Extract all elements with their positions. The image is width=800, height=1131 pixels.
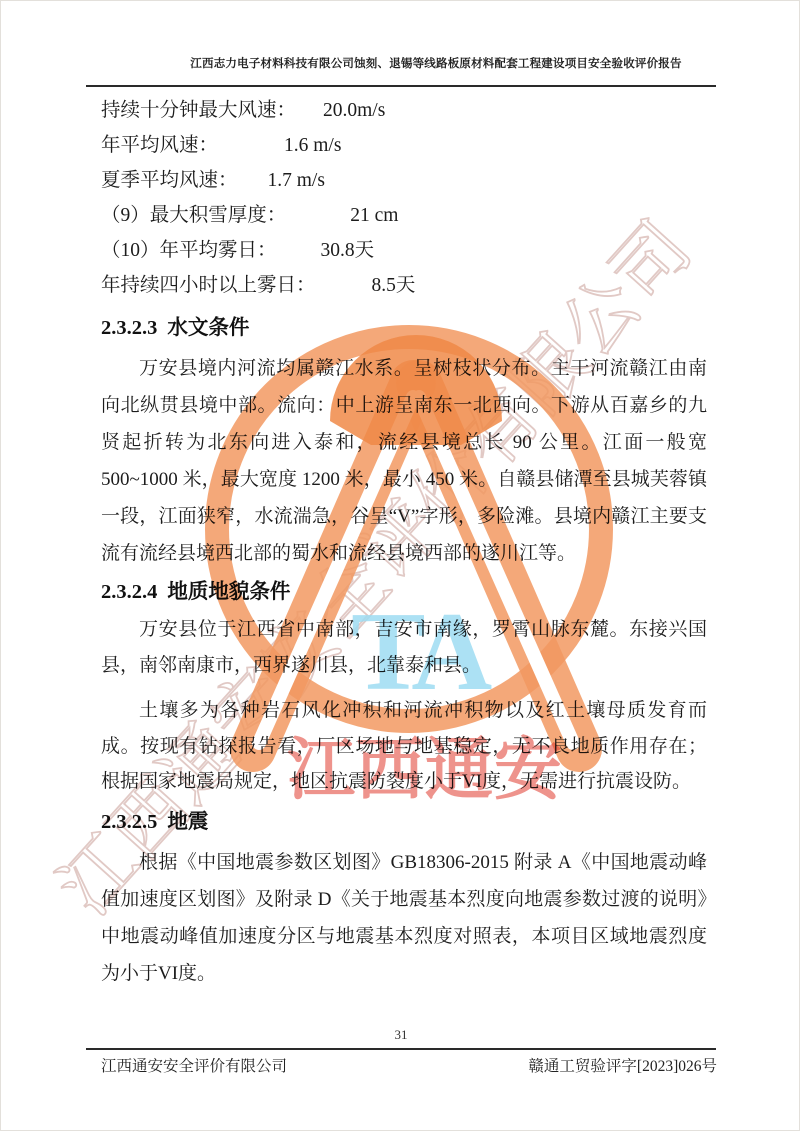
- footer-doc-number: 赣通工贸验评字[2023]026号: [528, 1054, 717, 1076]
- footer-rule: [86, 1048, 716, 1050]
- climate-line: 持续十分钟最大风速： 20.0m/s: [101, 93, 707, 128]
- climate-value: 1.7 m/s: [268, 162, 325, 199]
- climate-value: 8.5天: [372, 267, 416, 304]
- section-number: 2.3.2.3: [101, 317, 157, 339]
- climate-label: 持续十分钟最大风速：: [101, 92, 296, 129]
- climate-label: （10）年平均雾日：: [101, 232, 277, 269]
- section-title: 水文条件: [167, 317, 249, 339]
- climate-line: （10）年平均雾日： 30.8天: [101, 233, 707, 268]
- footer-company: 江西通安安全评价有限公司: [101, 1054, 287, 1076]
- climate-label: 夏季平均风速：: [101, 162, 238, 199]
- paragraph-earthquake: 根据《中国地震参数区划图》GB18306-2015 附录 A《中国地震动峰值加速…: [101, 844, 707, 992]
- header-rule: [86, 85, 716, 87]
- page-number: 31: [1, 1027, 800, 1043]
- climate-line: 年持续四小时以上雾日： 8.5天: [101, 268, 707, 303]
- climate-line: 年平均风速： 1.6 m/s: [101, 128, 707, 163]
- section-title: 地震: [167, 811, 208, 833]
- page-content: 持续十分钟最大风速： 20.0m/s 年平均风速： 1.6 m/s 夏季平均风速…: [101, 93, 707, 992]
- climate-label: （9）最大积雪厚度：: [101, 197, 286, 234]
- page-footer: 江西通安安全评价有限公司 赣通工贸验评字[2023]026号: [101, 1054, 717, 1076]
- climate-value: 30.8天: [321, 232, 375, 269]
- section-number: 2.3.2.4: [101, 581, 157, 603]
- climate-value: 21 cm: [350, 197, 398, 234]
- paragraph-geology-soil: 土壤多为各种岩石风化冲积和河流冲积物以及红土壤母质发育而成。按现有钻探报告看，厂…: [101, 693, 707, 800]
- climate-label: 年平均风速：: [101, 127, 218, 164]
- climate-line: 夏季平均风速： 1.7 m/s: [101, 163, 707, 198]
- paragraph-hydrology: 万安县境内河流均属赣江水系。呈树枝状分布。主干河流赣江由南向北纵贯县境中部。流向…: [101, 350, 707, 572]
- climate-value: 1.6 m/s: [284, 127, 341, 164]
- paragraph-geology-location: 万安县位于江西省中南部，吉安市南缘，罗霄山脉东麓。东接兴国县，南邻南康市，西界遂…: [101, 612, 707, 683]
- section-number: 2.3.2.5: [101, 811, 157, 833]
- section-heading-earthquake: 2.3.2.5地震: [101, 806, 707, 838]
- climate-label: 年持续四小时以上雾日：: [101, 267, 316, 304]
- climate-value: 20.0m/s: [323, 92, 385, 129]
- page-header-title: 江西志力电子材料科技有限公司蚀刻、退锡等线路板原材料配套工程建设项目安全验收评价…: [86, 55, 716, 71]
- section-title: 地质地貌条件: [167, 581, 290, 603]
- section-heading-hydrology: 2.3.2.3水文条件: [101, 312, 707, 344]
- section-heading-geology: 2.3.2.4地质地貌条件: [101, 576, 707, 608]
- document-page: 江西志力电子材料科技有限公司蚀刻、退锡等线路板原材料配套工程建设项目安全验收评价…: [0, 0, 800, 1131]
- climate-line: （9）最大积雪厚度： 21 cm: [101, 198, 707, 233]
